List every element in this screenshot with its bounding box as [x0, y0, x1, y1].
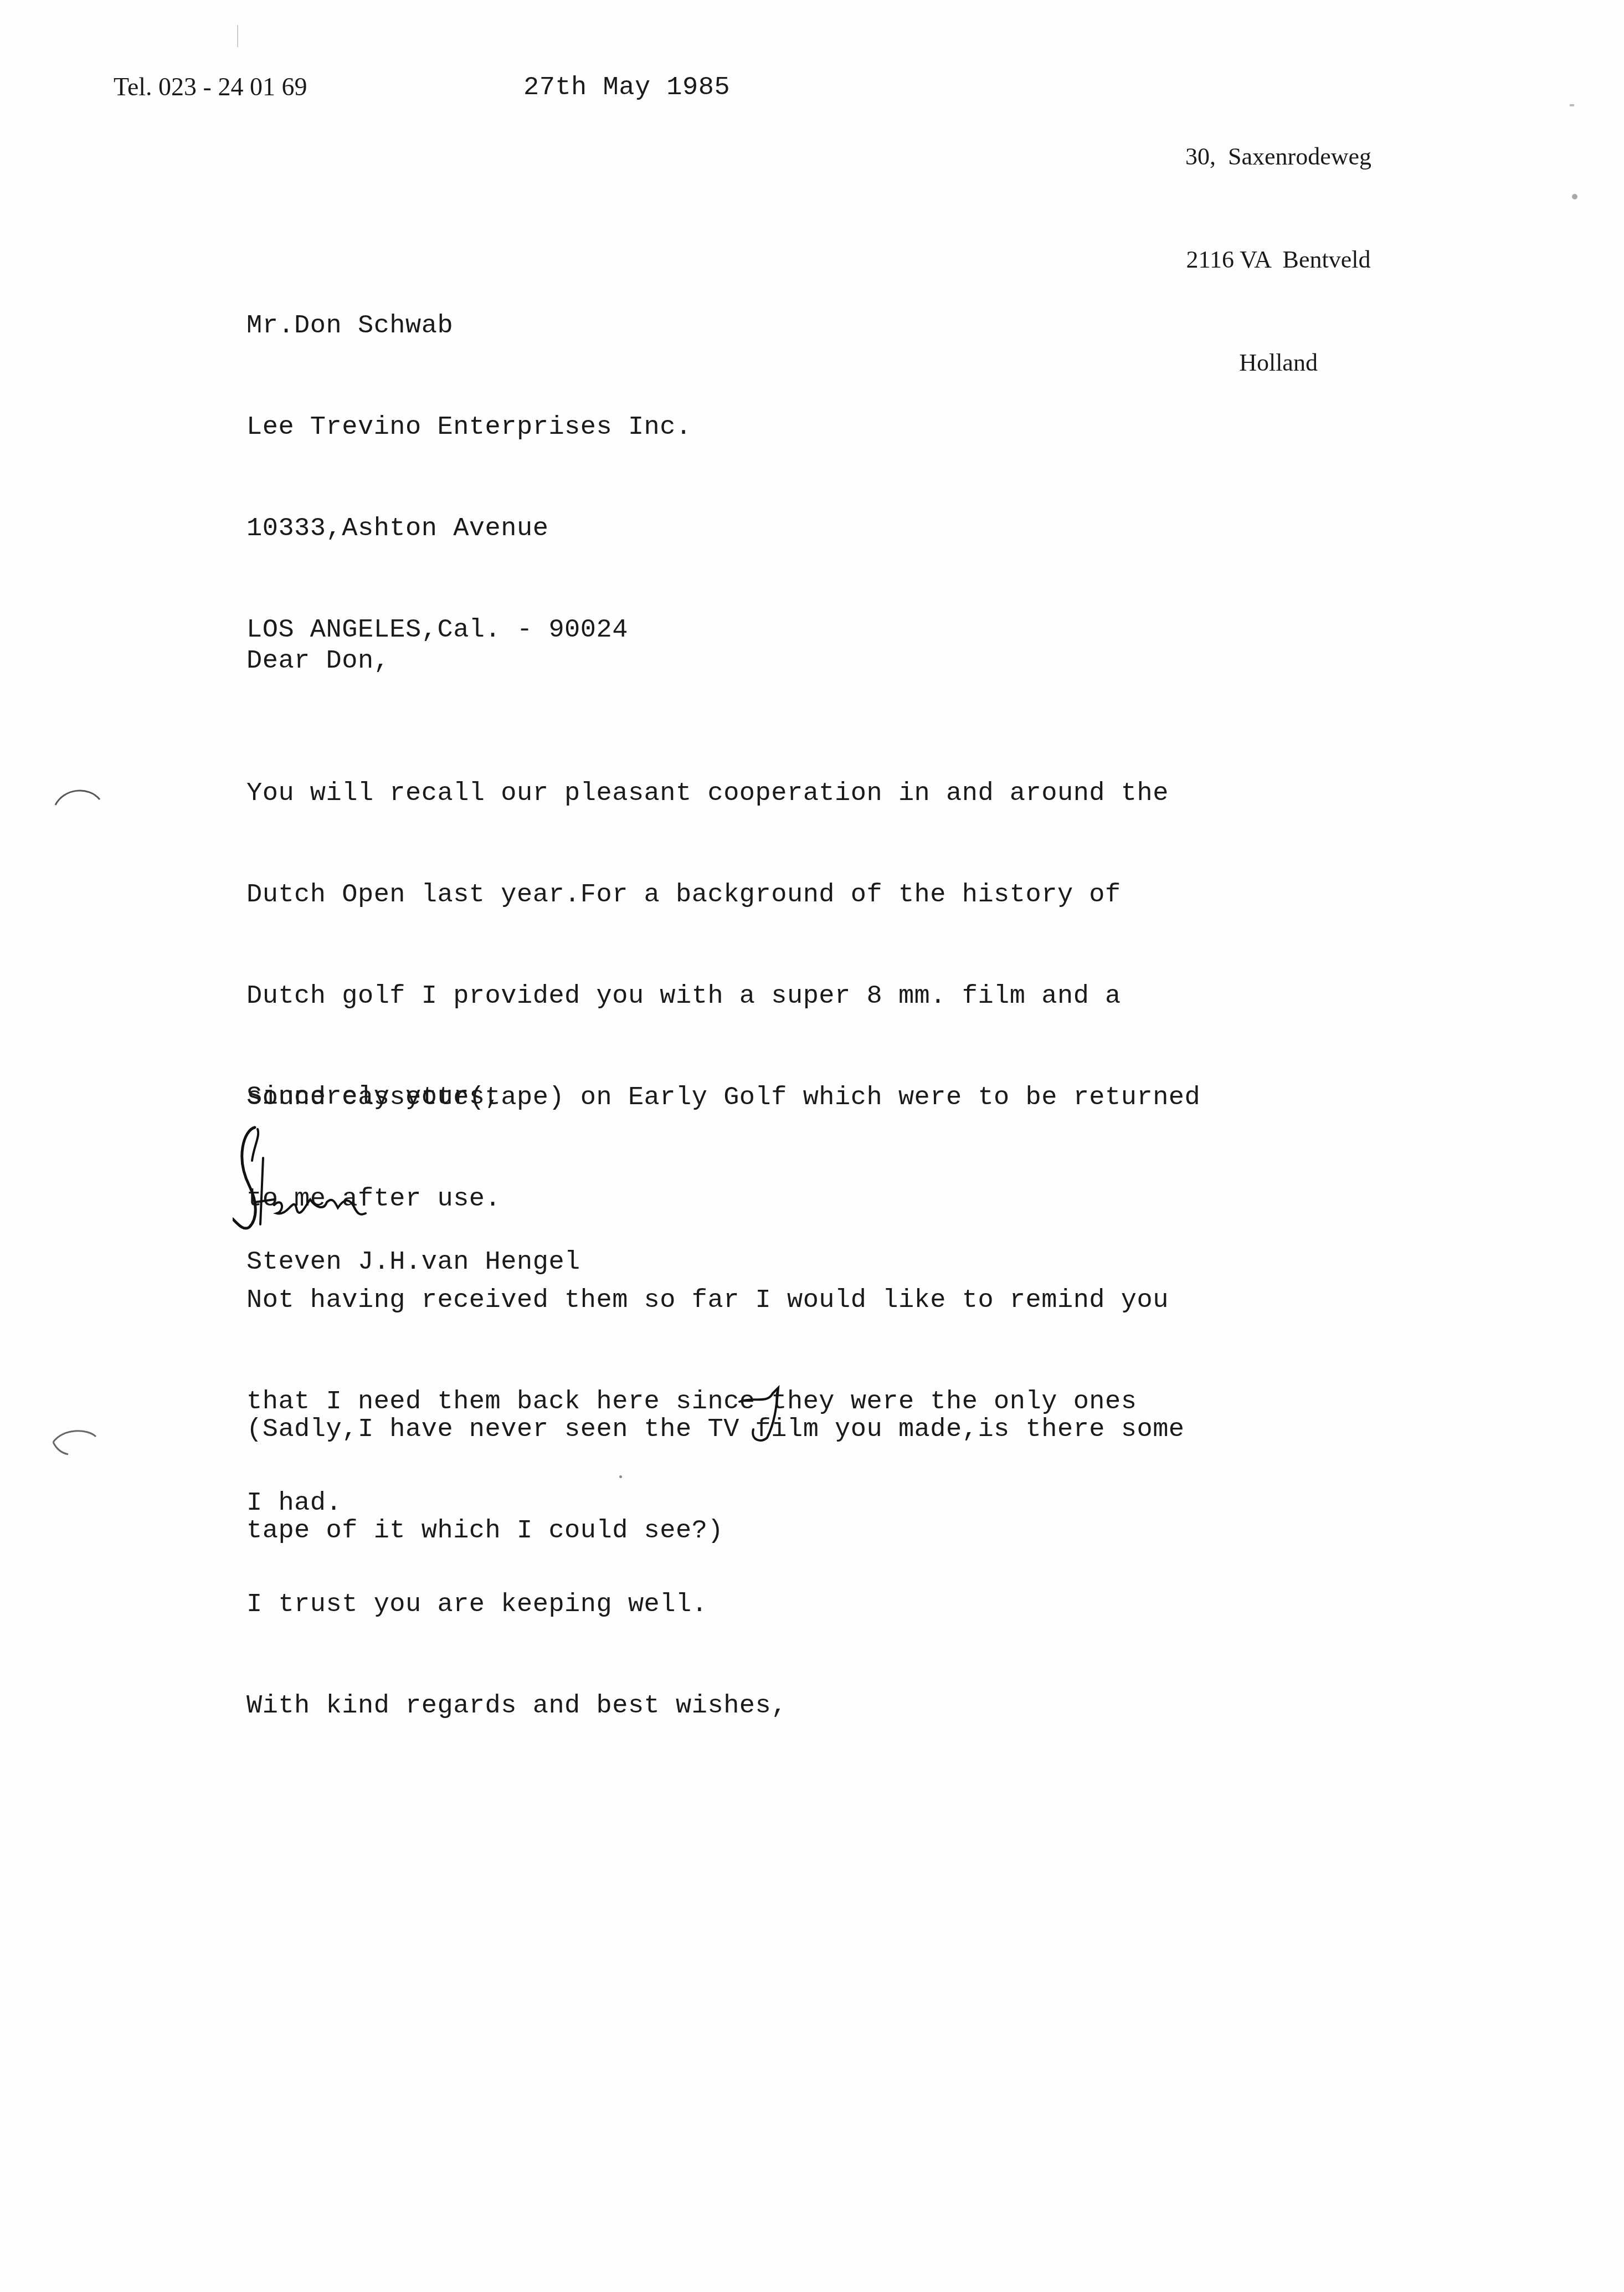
letter-page: Tel. 023 - 24 01 69 27th May 1985 30, Sa… [0, 0, 1624, 2292]
sender-address-line: 30, Saxenrodeweg [1185, 140, 1371, 174]
recipient-line: Lee Trevino Enterprises Inc. [246, 411, 692, 444]
body-line: Not having received them so far I would … [246, 1284, 1200, 1317]
recipient-address: Mr.Don Schwab Lee Trevino Enterprises In… [246, 242, 692, 715]
sender-address: 30, Saxenrodeweg 2116 VA Bentveld Hollan… [1185, 71, 1371, 449]
body-line: Dutch golf I provided you with a super 8… [246, 980, 1200, 1013]
handwritten-initials [737, 1385, 803, 1446]
postscript-line: (Sadly,I have never seen the TV film you… [246, 1413, 1185, 1447]
recipient-line: LOS ANGELES,Cal. - 90024 [246, 613, 692, 647]
salutation: Dear Don, [246, 644, 389, 678]
recipient-line: Mr.Don Schwab [246, 309, 692, 343]
recipient-line: 10333,Ashton Avenue [246, 512, 692, 546]
sender-address-line: 2116 VA Bentveld [1185, 243, 1371, 277]
scan-mark [619, 1475, 622, 1478]
scan-mark [1572, 194, 1577, 199]
body-line: You will recall our pleasant cooperation… [246, 777, 1200, 811]
punch-hole-mark [53, 786, 108, 819]
body-line: Dutch Open last year.For a background of… [246, 878, 1200, 912]
scan-mark [1570, 104, 1574, 106]
body-line: With kind regards and best wishes, [246, 1689, 1200, 1723]
closing: Sincerely yours, [246, 1080, 501, 1114]
scan-mark [237, 25, 238, 47]
telephone-number: Tel. 023 - 24 01 69 [114, 72, 307, 101]
postscript: (Sadly,I have never seen the TV film you… [246, 1345, 1185, 1616]
punch-hole-mark [49, 1426, 104, 1459]
postscript-line: tape of it which I could see?) [246, 1514, 1185, 1548]
typed-signer-name: Steven J.H.van Hengel [246, 1245, 580, 1279]
sender-address-line: Holland [1185, 346, 1371, 380]
handwritten-signature [233, 1125, 443, 1235]
letter-date: 27th May 1985 [523, 71, 730, 105]
